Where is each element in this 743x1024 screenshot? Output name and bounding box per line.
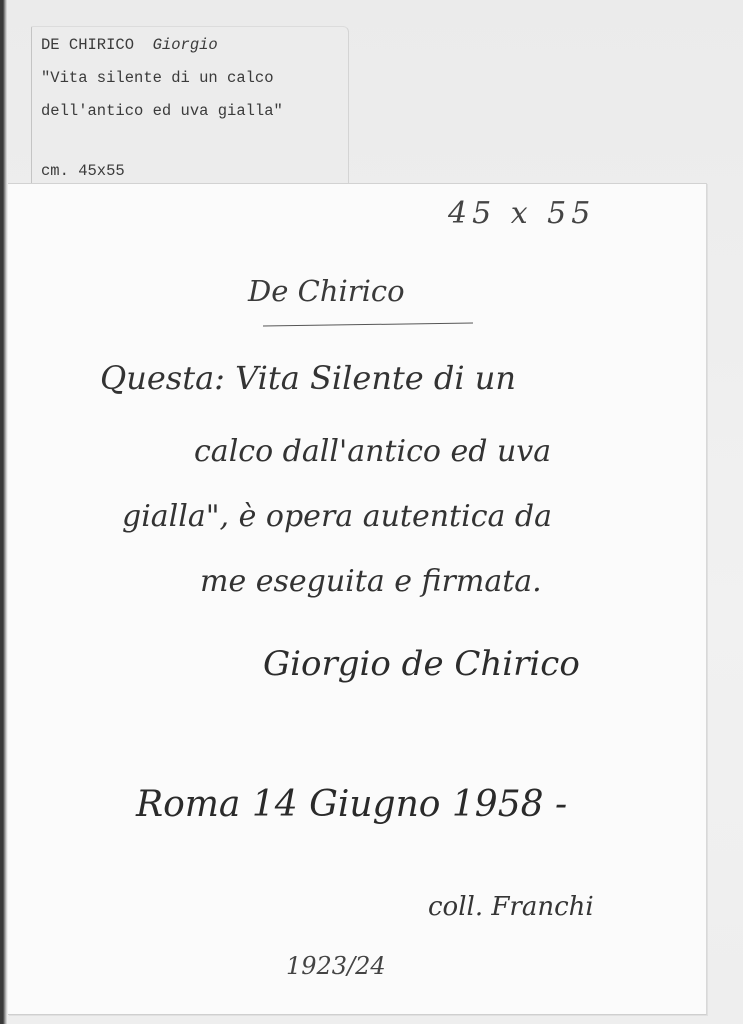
certificate-body-line-1: Questa: Vita Silente di un — [100, 359, 516, 397]
heading-underline — [263, 323, 473, 327]
certificate-heading: De Chirico — [248, 274, 405, 308]
scan-edge — [0, 0, 7, 1024]
place-and-date: Roma 14 Giugno 1958 - — [136, 784, 567, 825]
archive-number: 1923/24 — [286, 952, 386, 980]
certificate-body-line-2: calco dall'antico ed uva — [194, 434, 551, 469]
handwritten-dimensions: 45 x 55 — [448, 196, 595, 231]
artist-surname: DE CHIRICO — [41, 36, 134, 54]
artwork-dimensions: cm. 45x55 — [41, 161, 125, 182]
certificate-body-line-4: me eseguita e firmata. — [200, 564, 542, 599]
artwork-title-line-1: "Vita silente di un calco — [41, 68, 274, 89]
artist-name-line: DE CHIRICO Giorgio — [41, 35, 218, 56]
handwritten-certificate-sheet: 45 x 55 De Chirico Questa: Vita Silente … — [8, 183, 707, 1015]
artist-signature: Giorgio de Chirico — [263, 644, 580, 684]
collection-note: coll. Franchi — [428, 892, 594, 922]
artist-given-name: Giorgio — [153, 36, 218, 54]
certificate-body-line-3: gialla", è opera autentica da — [122, 499, 552, 534]
typed-label-card: DE CHIRICO Giorgio "Vita silente di un c… — [31, 26, 349, 193]
artwork-title-line-2: dell'antico ed uva gialla" — [41, 101, 283, 122]
